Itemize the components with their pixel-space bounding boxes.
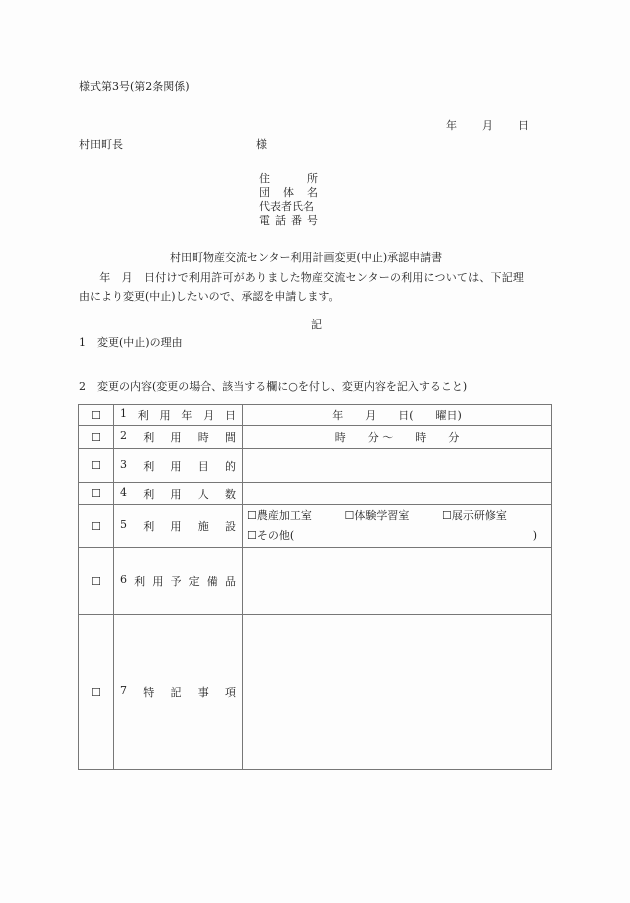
applicant-representative-label: 代表者氏名 bbox=[259, 201, 314, 212]
row-checkbox[interactable]: ☐ bbox=[79, 505, 114, 548]
checkbox-icon[interactable]: ☐ bbox=[91, 431, 101, 444]
applicant-group-name-label: 団体名 bbox=[259, 187, 318, 198]
row-checkbox[interactable]: ☐ bbox=[79, 483, 114, 505]
section-2-number: 2 bbox=[79, 381, 86, 392]
row-checkbox[interactable]: ☐ bbox=[79, 548, 114, 615]
facility-option-exhibition-room[interactable]: ☐展示研修室 bbox=[442, 506, 507, 526]
usage-date-field[interactable]: 年 月 日( 曜日) bbox=[243, 405, 552, 426]
facility-option-other[interactable]: ☐その他( ) bbox=[247, 526, 547, 546]
applicant-phone-label: 電話番号 bbox=[259, 215, 318, 226]
document-title: 村田町物産交流センター利用計画変更(中止)承認申請書 bbox=[170, 252, 442, 263]
checkbox-icon[interactable]: ☐ bbox=[247, 509, 257, 522]
checkbox-icon[interactable]: ☐ bbox=[91, 459, 101, 472]
facility-option-experience-room[interactable]: ☐体験学習室 bbox=[345, 506, 439, 526]
checkbox-icon[interactable]: ☐ bbox=[345, 509, 355, 522]
addressee: 村田町長 bbox=[79, 139, 123, 150]
body-line-1: 年 月 日付けで利用許可がありました物産交流センターの利用については、下記理 bbox=[88, 272, 524, 283]
checkbox-icon[interactable]: ☐ bbox=[91, 487, 101, 500]
checkbox-icon[interactable]: ☐ bbox=[442, 509, 452, 522]
usage-time-field[interactable]: 時 分 〜 時 分 bbox=[243, 426, 552, 449]
checkbox-icon[interactable]: ☐ bbox=[247, 529, 257, 542]
row-label: 6利用予定備品 bbox=[114, 548, 243, 615]
facility-option-processing-room[interactable]: ☐農産加工室 bbox=[247, 506, 341, 526]
usage-facility-options: ☐農産加工室 ☐体験学習室 ☐展示研修室 ☐その他( ) bbox=[243, 505, 552, 548]
row-checkbox[interactable]: ☐ bbox=[79, 405, 114, 426]
special-notes-field[interactable] bbox=[243, 615, 552, 770]
body-line-2: 由により変更(中止)したいので、承認を申請します。 bbox=[79, 291, 339, 302]
usage-headcount-field[interactable] bbox=[243, 483, 552, 505]
form-number: 様式第3号(第2条関係) bbox=[79, 81, 190, 92]
row-label: 2利用時間 bbox=[114, 426, 243, 449]
row-label: 4利用人数 bbox=[114, 483, 243, 505]
ki-heading: 記 bbox=[311, 319, 322, 330]
row-label: 7特記事項 bbox=[114, 615, 243, 770]
section-1-number: 1 bbox=[79, 337, 86, 348]
table-row-usage-facility: ☐ 5利用施設 ☐農産加工室 ☐体験学習室 ☐展示研修室 ☐その他( ) bbox=[79, 505, 552, 548]
table-row-special-notes: ☐ 7特記事項 bbox=[79, 615, 552, 770]
usage-purpose-field[interactable] bbox=[243, 449, 552, 483]
row-label: 3利用目的 bbox=[114, 449, 243, 483]
table-row-usage-purpose: ☐ 3利用目的 bbox=[79, 449, 552, 483]
date-month-label: 月 bbox=[482, 120, 493, 131]
row-checkbox[interactable]: ☐ bbox=[79, 426, 114, 449]
applicant-address-label: 住所 bbox=[259, 173, 318, 184]
checkbox-icon[interactable]: ☐ bbox=[91, 520, 101, 533]
checkbox-icon[interactable]: ☐ bbox=[91, 686, 101, 699]
table-row-usage-headcount: ☐ 4利用人数 bbox=[79, 483, 552, 505]
date-year-label: 年 bbox=[446, 120, 457, 131]
date-day-label: 日 bbox=[518, 120, 529, 131]
table-row-usage-time: ☐ 2利用時間 時 分 〜 時 分 bbox=[79, 426, 552, 449]
row-label: 5利用施設 bbox=[114, 505, 243, 548]
row-checkbox[interactable]: ☐ bbox=[79, 615, 114, 770]
section-1-label: 変更(中止)の理由 bbox=[97, 337, 183, 348]
checkbox-icon[interactable]: ☐ bbox=[91, 575, 101, 588]
planned-equipment-field[interactable] bbox=[243, 548, 552, 615]
change-content-table: ☐ 1利用年月日 年 月 日( 曜日) ☐ 2利用時間 時 分 〜 時 分 ☐ … bbox=[78, 404, 552, 770]
checkbox-icon[interactable]: ☐ bbox=[91, 409, 101, 422]
honorific: 様 bbox=[256, 139, 267, 150]
row-checkbox[interactable]: ☐ bbox=[79, 449, 114, 483]
table-row-planned-equipment: ☐ 6利用予定備品 bbox=[79, 548, 552, 615]
row-label: 1利用年月日 bbox=[114, 405, 243, 426]
table-row-usage-date: ☐ 1利用年月日 年 月 日( 曜日) bbox=[79, 405, 552, 426]
section-2-label: 変更の内容(変更の場合、該当する欄に○を付し、変更内容を記入すること) bbox=[97, 381, 467, 392]
